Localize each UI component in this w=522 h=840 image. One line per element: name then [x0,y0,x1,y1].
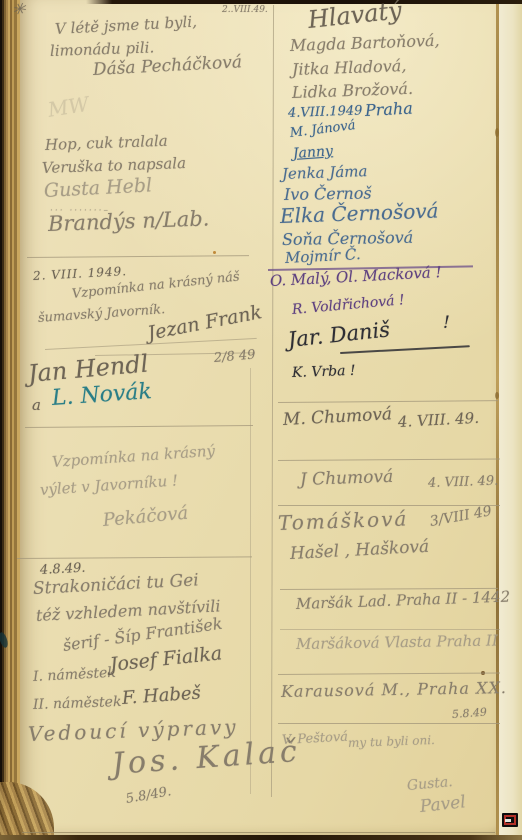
foxing-spot [213,251,216,254]
entry-divider-line [278,723,500,724]
entry-date: 5.8.49 [452,707,488,720]
verse-line: Hop, cuk tralala [45,134,168,153]
gutter-blotch [495,128,499,137]
city-name: Praha [365,101,414,119]
role-label: II. náměstek [33,695,122,712]
visitor-name: Tomášková [278,508,409,533]
page-gutter-crease [496,0,499,840]
guestbook-scan: ✳ 2..VIII.49. V létě jsme tu byli, limon… [0,0,522,840]
visitor-signature: Mojmír Č. [285,247,361,266]
column-divider-line-lower [250,368,251,794]
ghost-pencil-mark: MW [46,94,90,120]
page-bottom-edge-line [22,832,495,833]
visitor-name: Jitka Hladová, [292,58,407,78]
book-bottom-edge-shadow [0,835,522,840]
entry-divider-line [280,629,500,630]
visitor-name: V. Peštová [282,731,349,747]
gutter-blotch [495,392,499,399]
visitor-name: Maršáková Vlasta Praha II [296,633,498,652]
visitor-name: Jenka Jáma [282,164,368,182]
entry-note: my tu byli oni. [348,734,435,749]
exclamation-mark: ! [443,315,450,332]
book-spine-page-edges [0,0,20,840]
entry-divider-line [278,505,500,506]
entry-date: 2..VIII.49. [222,6,268,15]
entry-date: 4. VIII. 49. [428,475,499,490]
visitor-name: Lidka Brožová. [292,81,414,101]
watermark-white-bar [505,819,511,822]
visitor-signature: Janny [293,144,334,161]
role-label: I. náměstek [33,666,117,684]
verse-line: limonádu pili. [50,40,155,59]
entry-date: 4. VIII. 49. [398,411,480,430]
visitor-name: Karausová M., Praha XX. [281,680,507,700]
book-top-edge-shadow [86,0,522,4]
visitor-name: K. Vrba ! [292,364,356,380]
visitor-signature: Pavel [419,794,466,816]
adjacent-page-edge [499,0,522,840]
corner-asterisk-mark: ✳ [11,0,27,18]
visitor-signature: Gusta. [406,775,453,793]
entry-date: 4.8.49. [40,562,86,577]
scanner-watermark-icon [502,813,518,827]
place-name: Brandýs n/Lab. [48,208,210,235]
conjunction-letter: a [32,398,41,413]
entry-date: 2/8 49 [213,348,256,365]
visitor-signature: Elka Černošová [280,200,439,226]
visitor-name: J Chumová [300,469,394,489]
